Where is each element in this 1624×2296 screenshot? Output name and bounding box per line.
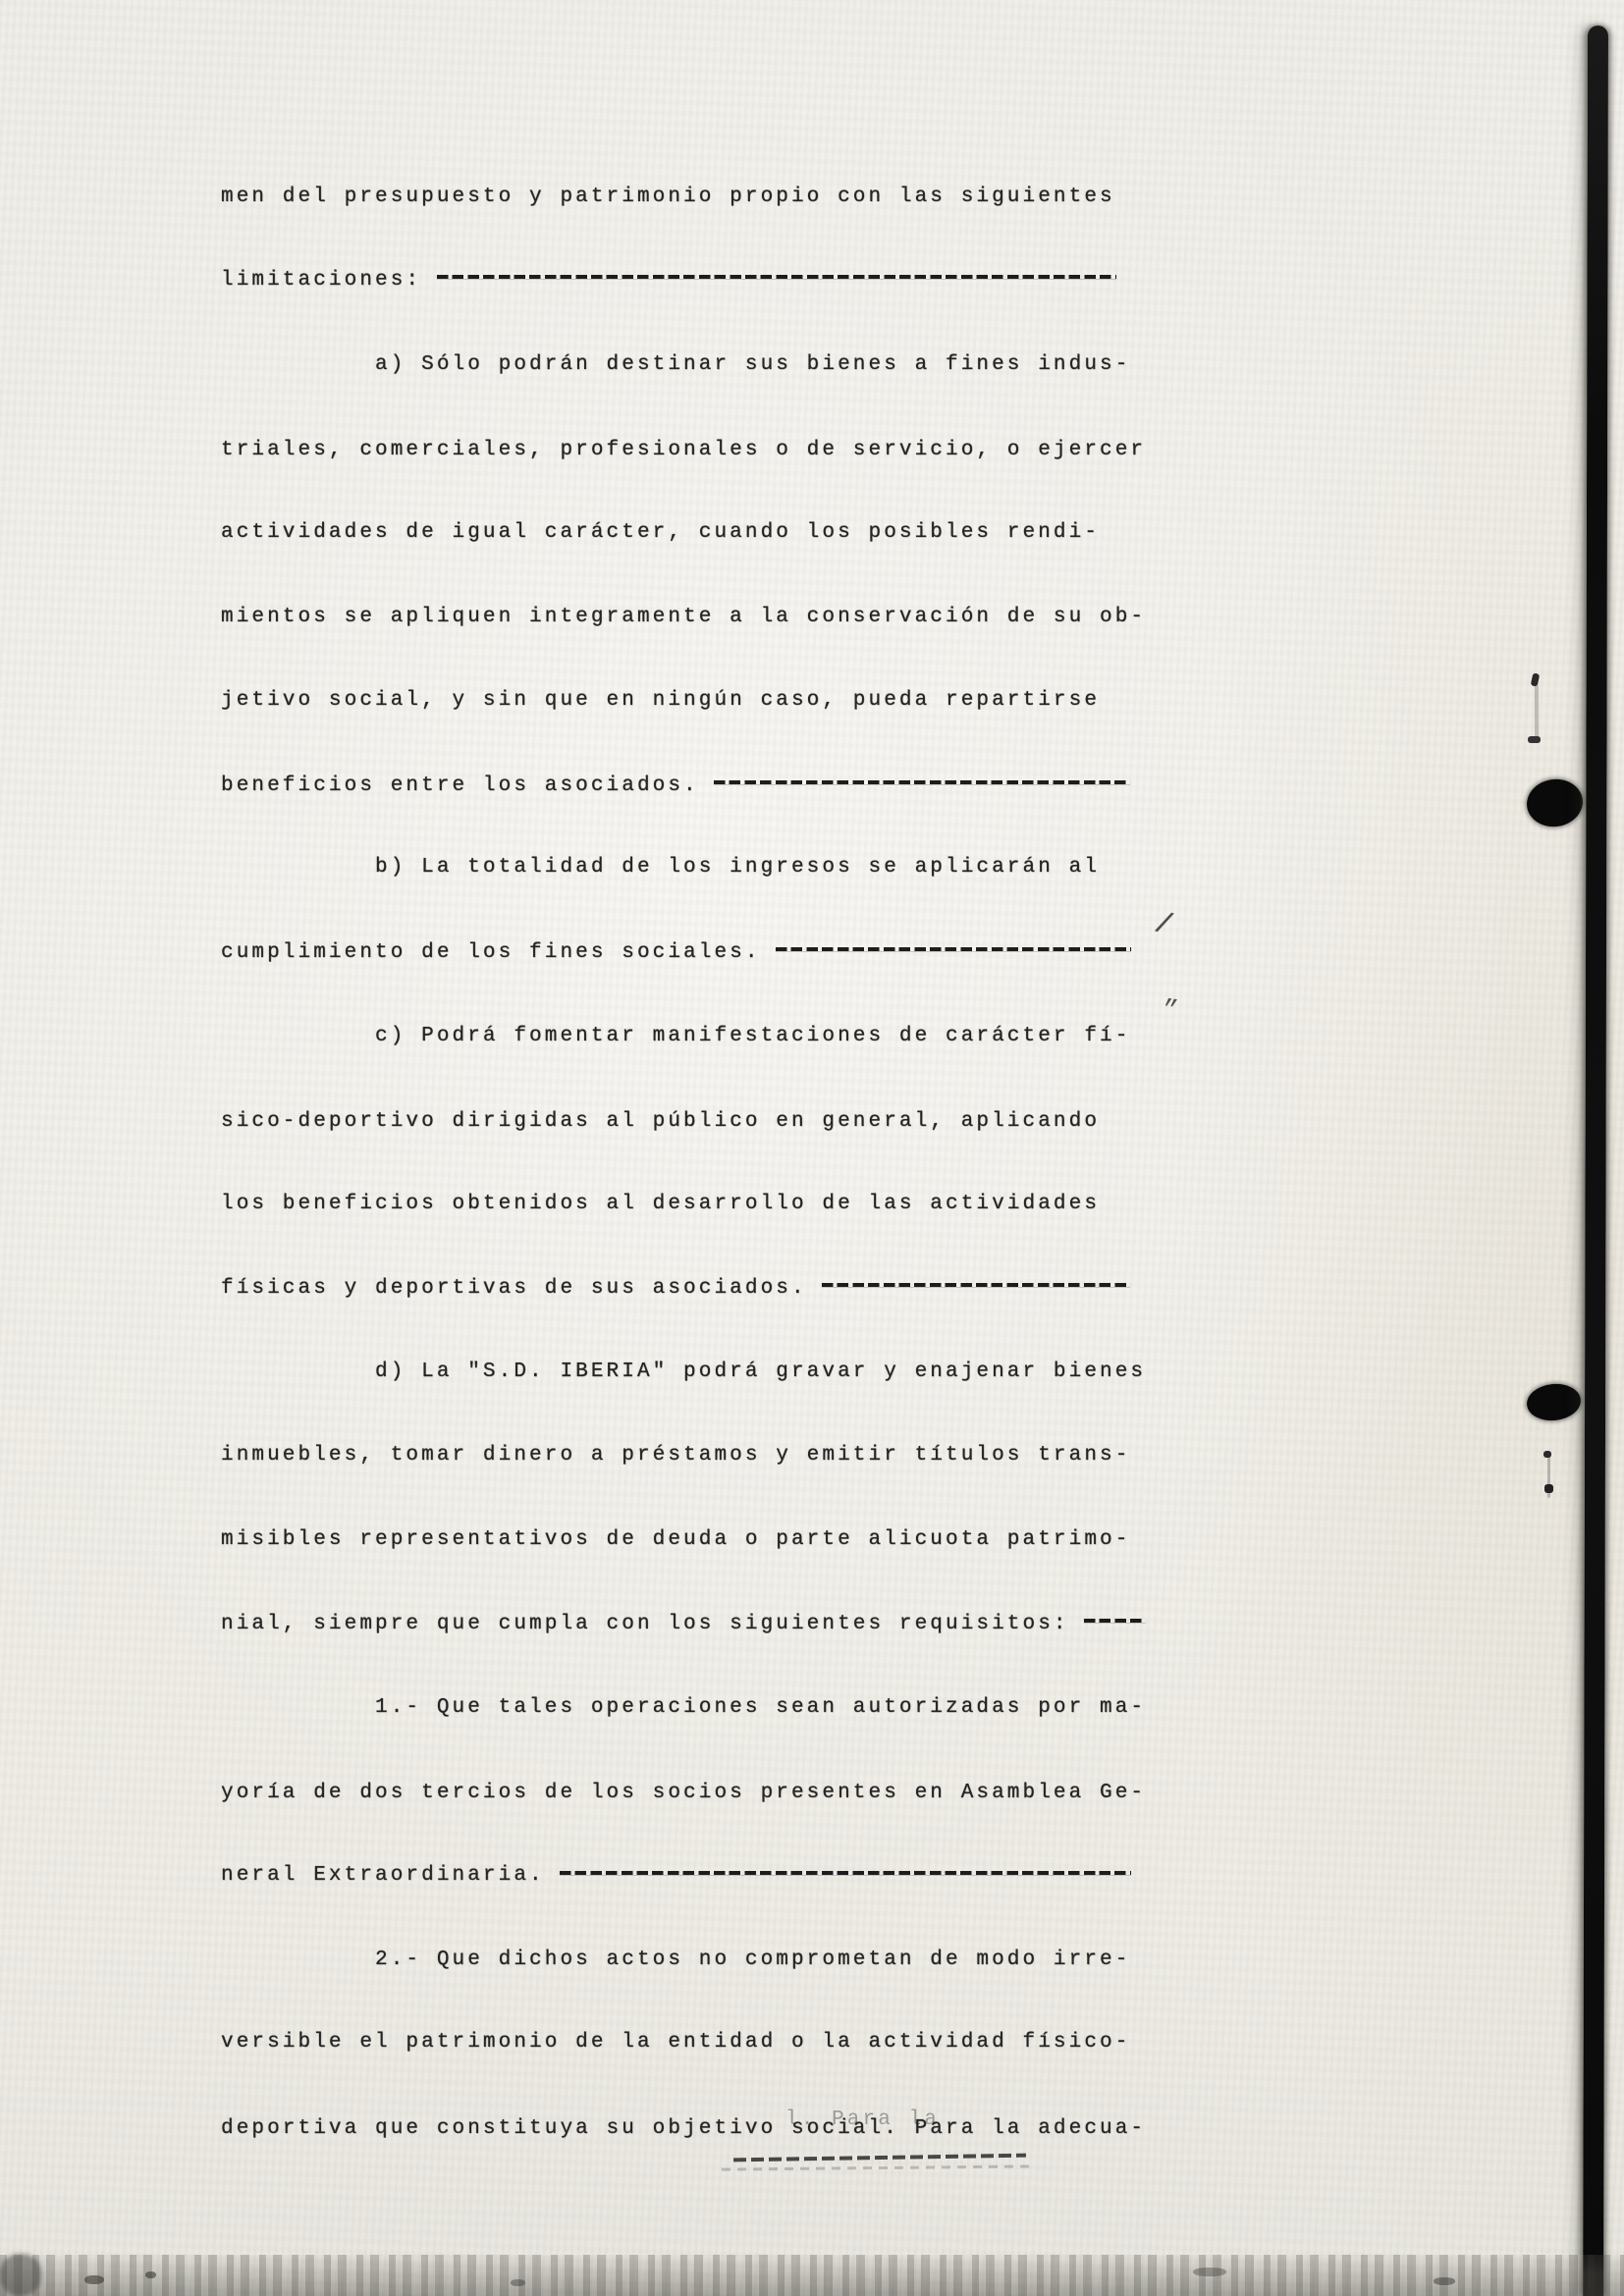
line-text: 2.- Que dichos actos no comprometan de m…	[221, 1949, 1130, 1971]
text-line: versible el patrimonio de la entidad o l…	[221, 2001, 1203, 2085]
text-line: men del presupuesto y patrimonio propio …	[221, 155, 1203, 240]
text-line: misibles representativos de deuda o part…	[221, 1498, 1203, 1582]
ink-mark	[1528, 736, 1541, 743]
line-text: triales, comerciales, profesionales o de…	[221, 439, 1146, 461]
text-line: triales, comerciales, profesionales o de…	[221, 408, 1203, 493]
overstrike-ghost-text: l. Para la	[785, 2109, 940, 2131]
ink-mark	[1543, 1451, 1551, 1458]
scan-speckle	[511, 2279, 525, 2286]
text-block: men del presupuesto y patrimonio propio …	[221, 155, 1203, 2169]
line-text: d) La "S.D. IBERIA" podrá gravar y enaje…	[221, 1361, 1146, 1383]
line-text: versible el patrimonio de la entidad o l…	[221, 2031, 1130, 2054]
ink-smudge	[1535, 684, 1539, 741]
text-line: actividades de igual carácter, cuando lo…	[221, 491, 1203, 575]
text-line: beneficios entre los asociados.	[221, 744, 1203, 828]
line-text: inmuebles, tomar dinero a préstamos y em…	[221, 1444, 1130, 1467]
text-line: sico-deportivo dirigidas al público en g…	[221, 1080, 1203, 1164]
line-text: yoría de dos tercios de los socios prese…	[221, 1782, 1146, 1804]
text-line: b) La totalidad de los ingresos se aplic…	[221, 826, 1203, 910]
scan-speckle	[1193, 2268, 1226, 2276]
dash-fill	[714, 780, 1130, 784]
text-line: deportiva que constituya su objetivo soc…	[221, 2087, 1203, 2171]
scan-speckle	[84, 2275, 104, 2284]
text-line: d) La "S.D. IBERIA" podrá gravar y enaje…	[221, 1330, 1203, 1415]
text-line: 1.- Que tales operaciones sean autorizad…	[221, 1666, 1203, 1750]
line-text: mientos se apliquen integramente a la co…	[221, 606, 1146, 628]
text-line: nial, siempre que cumpla con los siguien…	[221, 1582, 1203, 1667]
line-text: los beneficios obtenidos al desarrollo d…	[221, 1193, 1100, 1215]
line-text: deportiva que constituya su objetivo soc…	[221, 2117, 1146, 2140]
text-line: neral Extraordinaria.	[221, 1834, 1203, 1918]
text-line: c) Podrá fomentar manifestaciones de car…	[221, 994, 1203, 1079]
line-text: sico-deportivo dirigidas al público en g…	[221, 1110, 1100, 1133]
text-line: inmuebles, tomar dinero a préstamos y em…	[221, 1414, 1203, 1498]
scan-speckle	[145, 2271, 156, 2278]
line-text: b) La totalidad de los ingresos se aplic…	[221, 856, 1100, 879]
text-line: jetivo social, y sin que en ningún caso,…	[221, 659, 1203, 743]
text-line: los beneficios obtenidos al desarrollo d…	[221, 1162, 1203, 1247]
dash-fill	[1084, 1619, 1146, 1623]
line-text: físicas y deportivas de sus asociados.	[221, 1277, 822, 1300]
line-text: a) Sólo podrán destinar sus bienes a fin…	[221, 353, 1130, 376]
text-line: cumplimiento de los fines sociales.	[221, 911, 1203, 995]
scan-speckle	[1434, 2277, 1455, 2285]
line-text: limitaciones:	[221, 269, 437, 292]
line-text: neral Extraordinaria.	[221, 1864, 560, 1887]
binding-bar-scan-artifact	[1583, 26, 1608, 2296]
scanned-document-page: men del presupuesto y patrimonio propio …	[0, 0, 1624, 2296]
line-text: jetivo social, y sin que en ningún caso,…	[221, 689, 1100, 712]
ink-mark	[1544, 1484, 1553, 1493]
hole-punch-dot-top	[1524, 775, 1586, 829]
bottom-scan-edge	[0, 2255, 1624, 2296]
text-line: físicas y deportivas de sus asociados.	[221, 1247, 1203, 1331]
line-text: men del presupuesto y patrimonio propio …	[221, 186, 1115, 208]
line-text: 1.- Que tales operaciones sean autorizad…	[221, 1696, 1146, 1719]
scan-speckle	[0, 2254, 41, 2296]
text-line: 2.- Que dichos actos no comprometan de m…	[221, 1918, 1203, 2002]
dash-fill	[437, 275, 1116, 279]
line-text: c) Podrá fomentar manifestaciones de car…	[221, 1025, 1130, 1047]
text-line: limitaciones:	[221, 239, 1203, 323]
dash-fill	[776, 947, 1131, 951]
dash-fill	[560, 1871, 1131, 1875]
text-line: yoría de dos tercios de los socios prese…	[221, 1751, 1203, 1836]
line-text: cumplimiento de los fines sociales.	[221, 941, 776, 964]
line-text: beneficios entre los asociados.	[221, 774, 714, 797]
dash-fill	[822, 1283, 1130, 1287]
line-text: misibles representativos de deuda o part…	[221, 1528, 1130, 1551]
hole-punch-dot-bottom	[1525, 1381, 1583, 1423]
text-line: mientos se apliquen integramente a la co…	[221, 575, 1203, 660]
line-text: actividades de igual carácter, cuando lo…	[221, 521, 1100, 544]
line-text: nial, siempre que cumpla con los siguien…	[221, 1613, 1084, 1635]
text-line: a) Sólo podrán destinar sus bienes a fin…	[221, 323, 1203, 407]
